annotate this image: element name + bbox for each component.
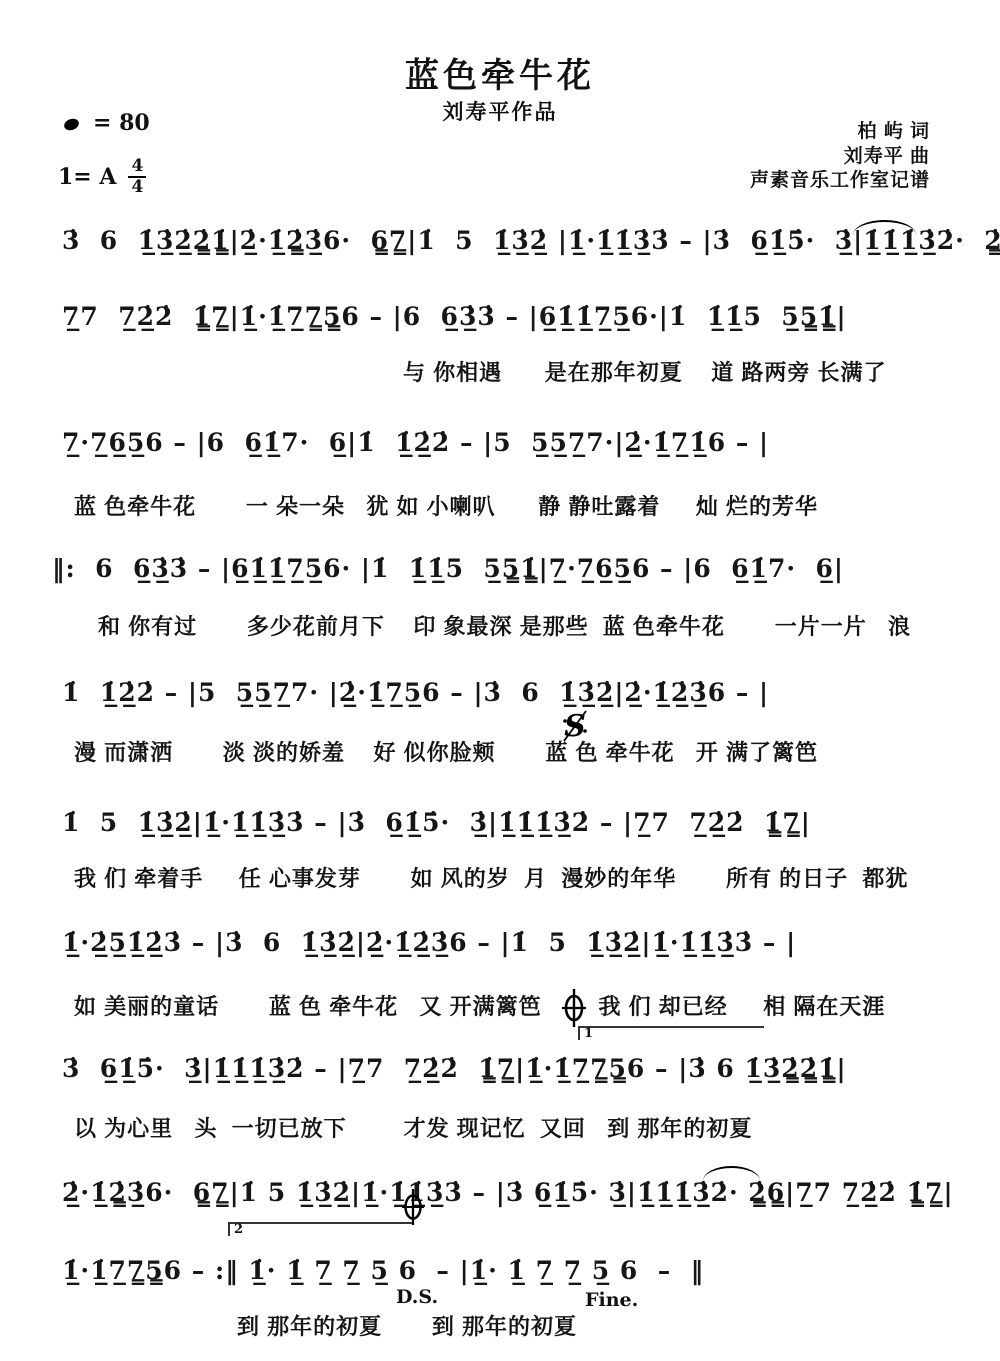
quarter-notehead-icon xyxy=(63,116,81,131)
lyric-line-8: 到 那年的初夏 到 那年的初夏 xyxy=(237,1310,577,1341)
credit-composer: 刘寿平 曲 xyxy=(750,145,930,170)
fine-label: Fine. xyxy=(585,1289,638,1311)
tempo-value: = 80 xyxy=(93,110,150,136)
time-denominator: 4 xyxy=(128,176,146,196)
music-line-6: 1̇ 5 1̲̇3̲̇2̲̇|1̲̇·1̲̇1̲̇3̲̇3̇ – |3̇ 6̲1… xyxy=(62,810,811,835)
key-signature: 1= A 4 4 xyxy=(58,158,146,196)
lyric-line-1: 与 你相遇 是在那年初夏 道 路两旁 长满了 xyxy=(403,356,886,387)
lyric-line-3: 和 你有过 多少花前月下 印 象最深 是那些 蓝 色牵牛花 一片一片 浪 xyxy=(98,610,911,641)
lyric-line-4: 漫 而潇洒 淡 淡的娇羞 好 似你脸颊 蓝 色 牵牛花 开 满了篱笆 xyxy=(74,736,818,767)
music-line-3: 7̲·7̲6̲5̲6 – |6 6̲1̲̇7· 6̲|1̇ 1̲̇2̲̇2̇ –… xyxy=(62,430,769,455)
lyric-line-5: 我 们 牵着手 任 心事发芽 如 风的岁 月 漫妙的年华 所有 的日子 都犹 xyxy=(74,862,908,893)
credit-lyricist: 柏 屿 词 xyxy=(750,120,930,145)
song-title: 蓝色牵牛花 xyxy=(0,48,1000,97)
music-line-4: ‖: 6 6̲3̲̇3̇ – |6̲1̲̇1̲̇7̲5̲6· |1̇ 1̲̇1̲… xyxy=(52,556,844,581)
lyric-line-7: 以 为心里 头 一切已放下 才发 现记忆 又回 到 那年的初夏 xyxy=(74,1112,752,1143)
coda-icon xyxy=(560,988,588,1028)
music-line-7: 1̲̇·2̲̇5̲1̲̇2̲̇3̇ – |3̇ 6 1̲̇3̲̇2̲̇|2̲̇·… xyxy=(62,930,796,955)
lyric-line-6: 如 美丽的童话 蓝 色 牵牛花 又 开满篱笆 我 们 却已经 相 隔在天涯 xyxy=(74,990,885,1021)
tempo-marking: = 80 xyxy=(64,110,150,136)
music-line-5: 1̇ 1̲̇2̲̇2̇ – |5 5̲5̲7̲7· |2̲̇·1̲̇7̲5̲6 … xyxy=(62,680,769,705)
credit-transcriber: 声素音乐工作室记谱 xyxy=(750,169,930,194)
time-numerator: 4 xyxy=(128,158,146,176)
key-value: 1= A xyxy=(58,164,116,190)
volta-1-label: 1 xyxy=(584,1026,593,1041)
dal-segno-label: D.S. xyxy=(396,1286,438,1308)
music-line-9: 2̲̇·1̲̇2̳̇3̲̇6· 6̳7̳|1̇ 5 1̲̇3̲̇2̲̇|1̲̇·… xyxy=(62,1180,954,1205)
volta-bracket-2: 2 xyxy=(228,1222,412,1236)
lyric-line-2: 蓝 色牵牛花 一 朵一朵 犹 如 小喇叭 静 静吐露着 灿 烂的芳华 xyxy=(74,490,818,521)
sheet-music-page: 蓝色牵牛花 刘寿平作品 = 80 1= A 4 4 柏 屿 词 刘寿平 曲 声素… xyxy=(0,0,1000,1361)
music-line-1: 3̇ 6 1̲̇3̲̇2̲̇2̳̇1̳̇|2̲̇·1̲̇2̳̇3̲̇6· 6̳7… xyxy=(62,228,1000,253)
music-line-8: 3̇ 6̲1̲̇5̇· 3̲̇|1̲̇1̲̇1̲̇3̲̇2̇ – |7̲7 7̲… xyxy=(62,1056,847,1081)
volta-bracket-1: 1 xyxy=(578,1026,764,1040)
volta-2-label: 2 xyxy=(234,1222,243,1237)
time-signature: 4 4 xyxy=(128,158,146,196)
music-line-2: 7̲7 7̲2̲̇2̇ 1̳̇7̳|1̲̇·1̲̇7̲7̳5̳6 – |6 6̲… xyxy=(62,304,847,329)
credits: 柏 屿 词 刘寿平 曲 声素音乐工作室记谱 xyxy=(750,120,930,194)
coda-icon xyxy=(400,1188,426,1226)
music-line-10: 1̲̇·1̲̇7̲7̳5̳6 – :‖ 1̲̇· 1̲̇ 7̲ 7̲ 5̲ 6 … xyxy=(62,1258,704,1283)
